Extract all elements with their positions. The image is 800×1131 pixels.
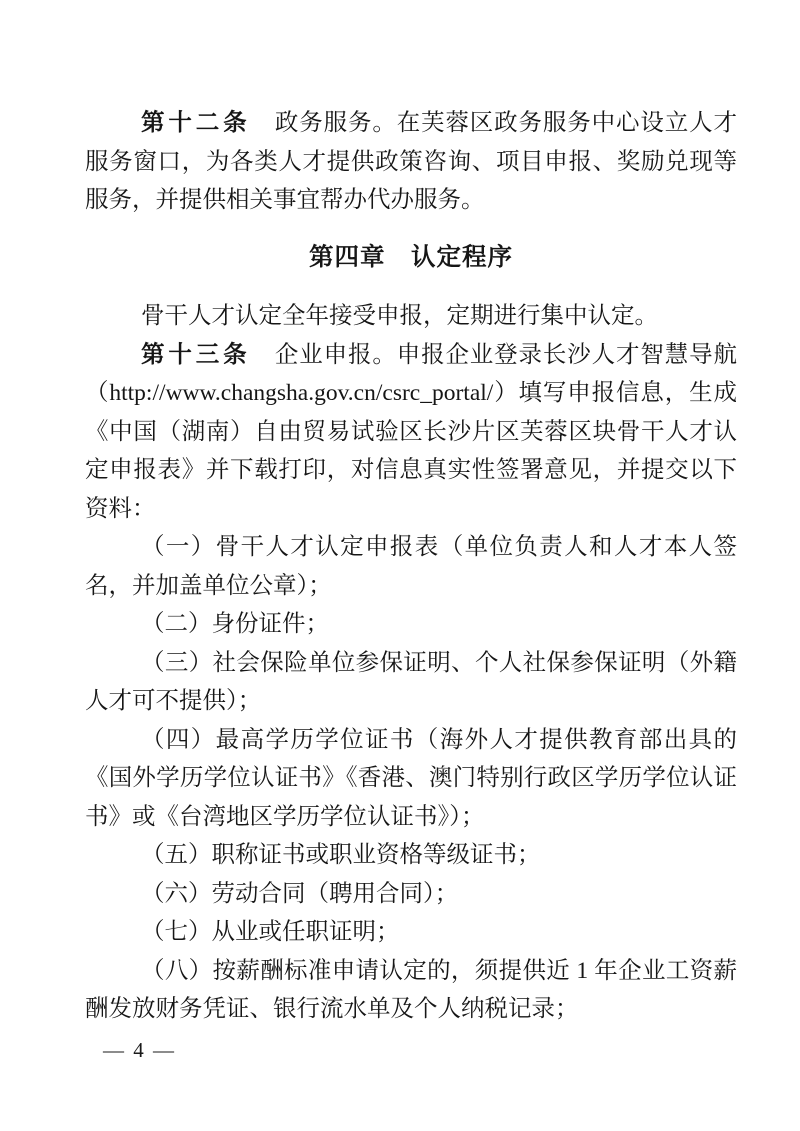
- paragraph-article-13: 第十三条 企业申报。申报企业登录长沙人才智慧导航（http://www.chan…: [85, 336, 737, 529]
- list-item-8: （八）按薪酬标准申请认定的，须提供近 1 年企业工资薪酬发放财务凭证、银行流水单…: [85, 952, 737, 1029]
- list-item-4: （四）最高学历学位证书（海外人才提供教育部出具的《国外学历学位认证书》《香港、澳…: [85, 721, 737, 837]
- article-13-number: 第十三条: [141, 342, 250, 368]
- list-item-6: （六）劳动合同（聘用合同）；: [85, 875, 737, 914]
- page-number: — 4 —: [103, 1036, 176, 1064]
- document-page: 第十二条 政务服务。在芙蓉区政务服务中心设立人才服务窗口，为各类人才提供政策咨询…: [0, 0, 800, 1131]
- list-item-3: （三）社会保险单位参保证明、个人社保参保证明（外籍人才可不提供）；: [85, 644, 737, 721]
- article-12-number: 第十二条: [141, 110, 250, 136]
- article-13-text: 企业申报。申报企业登录长沙人才智慧导航（http://www.changsha.…: [85, 342, 737, 522]
- list-item-5: （五）职称证书或职业资格等级证书；: [85, 836, 737, 875]
- paragraph-article-12: 第十二条 政务服务。在芙蓉区政务服务中心设立人才服务窗口，为各类人才提供政策咨询…: [85, 104, 737, 220]
- list-item-2: （二）身份证件；: [85, 605, 737, 644]
- paragraph-intro: 骨干人才认定全年接受申报，定期进行集中认定。: [85, 297, 737, 336]
- list-item-7: （七）从业或任职证明；: [85, 913, 737, 952]
- document-body: 第十二条 政务服务。在芙蓉区政务服务中心设立人才服务窗口，为各类人才提供政策咨询…: [85, 104, 737, 1029]
- list-item-1: （一）骨干人才认定申报表（单位负责人和人才本人签名，并加盖单位公章）；: [85, 528, 737, 605]
- chapter-heading: 第四章 认定程序: [85, 239, 737, 278]
